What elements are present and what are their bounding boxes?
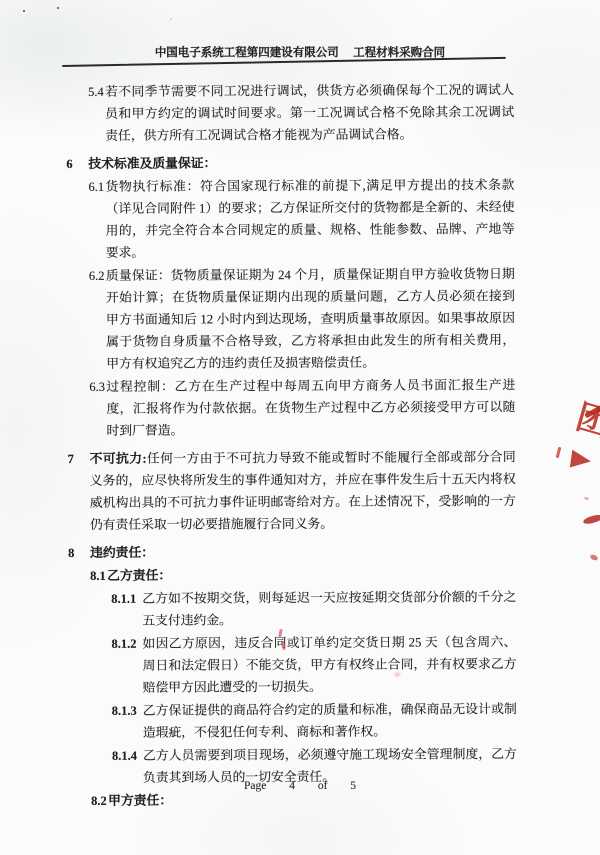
clause-6.1: 6.1货物执行标准：符合国家现行标准的前提下,满足甲方提出的技术条款（详见合同附… <box>0 174 600 265</box>
red-pen-smudge <box>393 671 402 678</box>
clause-8.1: 8.1乙方责任： <box>2 563 600 588</box>
clause-number: 6 <box>66 153 72 175</box>
clause-number: 7 <box>68 448 74 470</box>
clause-number: 8.1.3 <box>112 700 137 722</box>
clause-number: 8.1.2 <box>111 633 136 655</box>
footer-page-number: 4 <box>289 780 295 792</box>
clause-text: 如因乙方原因，违反合同或订单约定交货日期 25 天（包含周六、周日和法定假日）不… <box>142 635 516 695</box>
page-header-title: 中国电子系统工程第四建设有限公司 工程材料采购合同 <box>0 44 600 60</box>
clause-heading: 乙方责任： <box>107 569 171 583</box>
clause-number: 6.2 <box>89 265 105 287</box>
clause-number: 5.4 <box>88 81 104 103</box>
clause-text: 乙方如不按期交货，则每延迟一天应按延期交货部分价额的千分之五支付违约金。 <box>142 590 516 628</box>
scan-speckles <box>23 10 25 12</box>
contract-clauses: 5.4若不同季节需要不同工况进行调试，供货方必须确保每个工况的调试人员和甲方约定… <box>0 79 600 814</box>
footer-page-label: Page <box>244 780 266 792</box>
clause-text: 质量保证：货物质量保证期为 24 个月，质量保证期自甲方验收货物日期开始计算；在… <box>106 267 515 371</box>
clause-8.1.3: 8.1.3乙方保证提供的商品符合约定的质量和标准，确保商品无设计或制造瑕疵，不侵… <box>3 698 600 745</box>
clause-text: 过程控制：乙方在生产过程中每周五向甲方商务人员书面汇报生产进度，汇报将作为付款依… <box>106 378 515 438</box>
clause-7: 7不可抗力:任何一方由于不可抗力导致不能或暂时不能履行全部或部分合同义务的，应尽… <box>2 446 600 537</box>
clause-heading: 不可抗力: <box>90 452 147 466</box>
footer-of-label: of <box>318 780 328 792</box>
footer-total-pages: 5 <box>350 780 356 792</box>
clause-text: 货物执行标准：符合国家现行标准的前提下,满足甲方提出的技术条款（详见合同附件 1… <box>105 178 514 260</box>
clause-text: 任何一方由于不可抗力导致不能或暂时不能履行全部或部分合同义务的，应尽快将所发生的… <box>90 450 516 532</box>
clause-number: 6.3 <box>89 376 105 398</box>
clause-6.3: 6.3过程控制：乙方在生产过程中每周五向甲方商务人员书面汇报生产进度，汇报将作为… <box>1 374 600 443</box>
clause-number: 8.2 <box>91 790 107 812</box>
scanned-contract-page: 中国电子系统工程第四建设有限公司 工程材料采购合同 5.4若不同季节需要不同工况… <box>0 0 600 855</box>
clause-5.4: 5.4若不同季节需要不同工况进行调试，供货方必须确保每个工况的调试人员和甲方约定… <box>0 79 600 148</box>
clause-text: 乙方保证提供的商品符合约定的质量和标准，确保商品无设计或制造瑕疵，不侵犯任何专利… <box>143 702 517 740</box>
clause-6.2: 6.2质量保证：货物质量保证期为 24 个月，质量保证期自甲方验收货物日期开始计… <box>1 263 600 376</box>
clause-number: 8.1.4 <box>112 745 137 767</box>
red-stamp-chevron <box>570 450 592 471</box>
page-footer: Page 4 of 5 <box>0 780 600 792</box>
clause-number: 6.1 <box>88 176 104 198</box>
clause-number: 8.1.1 <box>111 588 136 610</box>
clause-6: 6技术标准及质量保证： <box>0 151 600 176</box>
clause-heading: 甲方责任： <box>108 794 172 808</box>
clause-number: 8.1 <box>90 565 106 587</box>
clause-8: 8违约责任： <box>2 540 600 565</box>
clause-text: 若不同季节需要不同工况进行调试，供货方必须确保每个工况的调试人员和甲方约定的调试… <box>105 83 514 143</box>
clause-heading: 技术标准及质量保证： <box>88 156 216 171</box>
clause-8.1.2: 8.1.2如因乙方原因，违反合同或订单约定交货日期 25 天（包含周六、周日和法… <box>2 631 600 700</box>
clause-number: 8 <box>68 542 74 564</box>
clause-8.1.1: 8.1.1乙方如不按期交货，则每延迟一天应按延期交货部分价额的千分之五支付违约金… <box>2 586 600 633</box>
clause-heading: 违约责任： <box>90 546 154 560</box>
